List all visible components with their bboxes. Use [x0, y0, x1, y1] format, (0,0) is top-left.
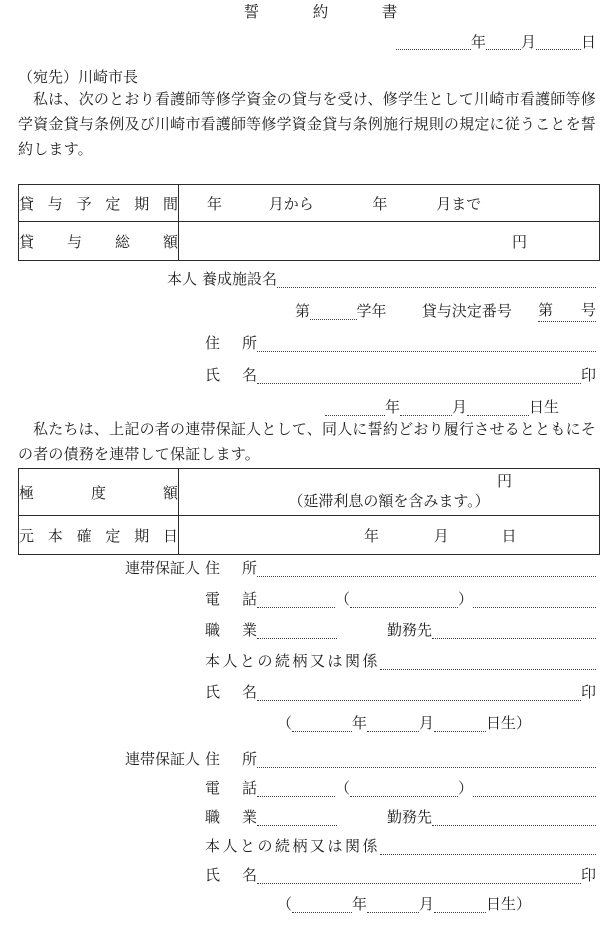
loan-table: 貸与予定期間 年 月から 年 月まで 貸与総額 円: [18, 184, 600, 261]
decision-number-blank[interactable]: 第 号: [538, 301, 596, 322]
guarantor1-name-blank[interactable]: [257, 690, 581, 701]
applicant-birth-month-label: 月: [452, 398, 467, 418]
guarantor-block-1: 連帯保証人 住 所 電 話 （ ） 職 業 勤務先 本人との続柄又は関係 氏 名…: [18, 559, 596, 734]
guarantee-table: 極度額 円 （延滞利息の額を含みます。） 元本確定期日 年 月 日: [18, 468, 600, 555]
guarantor2-phone-row: 電 話 （ ）: [205, 779, 596, 799]
birth-day-label: 日生）: [486, 895, 531, 915]
period-from-year-label: 年: [207, 193, 222, 214]
applicant-birth-year-blank[interactable]: [325, 405, 385, 416]
facility-label: 養成施設名: [202, 270, 277, 290]
date-year-label: 年: [471, 31, 486, 52]
paren-close: ）: [458, 590, 473, 610]
birth-day-label: 日生）: [486, 714, 531, 734]
guarantor1-address-blank[interactable]: [257, 566, 596, 577]
applicant-birth-day-label: 日生: [529, 398, 559, 418]
guarantor2-job-blank[interactable]: [257, 815, 337, 826]
limit-cell[interactable]: 円 （延滞利息の額を含みます。）: [179, 469, 600, 516]
guarantor2-phone-label: 電 話: [205, 779, 257, 799]
guarantor1-address-row: 連帯保証人 住 所: [125, 559, 596, 579]
guarantor2-birth-day-blank[interactable]: [434, 902, 486, 913]
grade-suffix-label: 学年: [357, 302, 387, 322]
guarantor2-phone-blank-1[interactable]: [257, 786, 335, 797]
applicant-address-label: 住 所: [205, 334, 257, 354]
guarantor1-phone-label: 電 話: [205, 590, 257, 610]
spacer: [337, 827, 387, 828]
guarantor1-birth-day-blank[interactable]: [434, 721, 486, 732]
period-to-month-label: 月まで: [436, 193, 481, 214]
applicant-birth-year-label: 年: [385, 398, 400, 418]
guarantor1-phone-row: 電 話 （ ）: [205, 590, 596, 610]
guarantor2-birth-year-blank[interactable]: [292, 902, 352, 913]
fix-month-label: 月: [434, 525, 449, 546]
paren-open: （: [335, 779, 350, 799]
guarantor2-relation-label: 本人との続柄又は関係: [205, 837, 380, 857]
guarantor-block-2: 連帯保証人 住 所 電 話 （ ） 職 業 勤務先 本人との続柄又は関係 氏 名…: [18, 750, 596, 915]
applicant-address-row: 住 所: [205, 334, 596, 354]
guarantor1-seal-label: 印: [581, 683, 596, 703]
period-to-year-label: 年: [373, 193, 388, 214]
birth-year-label: 年: [352, 714, 367, 734]
facility-blank[interactable]: [277, 277, 596, 288]
birth-paren-open: （: [277, 895, 292, 915]
guarantor1-name-row: 氏 名 印: [205, 683, 596, 703]
date-year-blank[interactable]: [396, 39, 471, 50]
limit-note: （延滞利息の額を含みます。）: [179, 492, 599, 514]
guarantor1-phone-blank-2[interactable]: [350, 597, 458, 608]
guarantor-role-label: 連帯保証人: [125, 559, 200, 579]
applicant-name-row: 氏 名 印: [205, 366, 596, 386]
guarantor-role-label: 連帯保証人: [125, 750, 200, 770]
loan-total-label: 貸与総額: [19, 222, 179, 261]
fix-date-label: 元本確定期日: [19, 516, 179, 555]
guarantor2-relation-blank[interactable]: [380, 844, 596, 855]
guarantor2-employer-blank[interactable]: [432, 815, 596, 826]
grade-prefix-label: 第: [295, 302, 310, 322]
applicant-grade-row: 第 学年 貸与決定番号 第 号: [295, 302, 596, 322]
birth-paren-open: （: [277, 714, 292, 734]
number-prefix-label: 第: [538, 301, 553, 321]
guarantor2-address-blank[interactable]: [257, 757, 596, 768]
guarantor2-name-row: 氏 名 印: [205, 866, 596, 886]
decision-number-label: 貸与決定番号: [422, 302, 512, 322]
applicant-birth-day-blank[interactable]: [467, 405, 529, 416]
pledge-paragraph: 私は、次のとおり看護師等修学資金の貸与を受け、修学生として川崎市看護師等修学資金…: [18, 88, 596, 163]
guarantor2-address-row: 連帯保証人 住 所: [125, 750, 596, 770]
guarantor1-job-row: 職 業 勤務先: [205, 621, 596, 641]
guarantor2-job-label: 職 業: [205, 808, 257, 828]
guarantor1-relation-blank[interactable]: [380, 659, 596, 670]
loan-total-cell[interactable]: 円: [179, 222, 600, 261]
spacer: [512, 321, 538, 322]
guarantor1-name-label: 氏 名: [205, 683, 257, 703]
date-line: 年 月 日: [18, 32, 596, 52]
fix-year-label: 年: [364, 525, 379, 546]
birth-year-label: 年: [352, 895, 367, 915]
guarantor2-employer-label: 勤務先: [387, 808, 432, 828]
date-day-blank[interactable]: [536, 39, 581, 50]
grade-blank[interactable]: [310, 309, 357, 320]
applicant-address-blank[interactable]: [257, 341, 596, 352]
date-month-blank[interactable]: [486, 39, 521, 50]
spacer: [387, 321, 422, 322]
guarantor2-address-label: 住 所: [205, 750, 257, 770]
fix-day-label: 日: [502, 525, 517, 546]
guarantor1-relation-label: 本人との続柄又は関係: [205, 652, 380, 672]
loan-period-label: 貸与予定期間: [19, 185, 179, 222]
date-month-label: 月: [521, 31, 536, 52]
guarantor2-name-label: 氏 名: [205, 866, 257, 886]
guarantor2-job-row: 職 業 勤務先: [205, 808, 596, 828]
spacer: [337, 640, 387, 641]
guarantor1-birth-row: （ 年 月 日生）: [277, 714, 596, 734]
date-day-label: 日: [581, 31, 596, 52]
loan-period-cell[interactable]: 年 月から 年 月まで: [179, 185, 600, 222]
guarantor1-birth-year-blank[interactable]: [292, 721, 352, 732]
fix-date-cell[interactable]: 年 月 日: [179, 516, 600, 555]
birth-month-label: 月: [419, 895, 434, 915]
guarantor1-phone-blank-3[interactable]: [473, 597, 596, 608]
guarantor1-job-label: 職 業: [205, 621, 257, 641]
guarantor2-name-blank[interactable]: [257, 873, 581, 884]
applicant-birth-row: 年 月 日生: [325, 398, 596, 418]
guarantor1-address-label: 住 所: [205, 559, 257, 579]
guarantee-paragraph: 私たちは、上記の者の連帯保証人として、同人に誓約どおり履行させるとともにその者の…: [18, 418, 596, 468]
applicant-name-blank[interactable]: [257, 373, 581, 384]
applicant-seal-label: 印: [581, 366, 596, 386]
guarantor1-birth-month-blank[interactable]: [367, 721, 419, 732]
pledge-document: 誓 約 書 年 月 日 （宛先）川崎市長 私は、次のとおり看護師等修学資金の貸与…: [0, 0, 614, 915]
guarantor1-job-blank[interactable]: [257, 628, 337, 639]
guarantor2-birth-month-blank[interactable]: [367, 902, 419, 913]
guarantor2-phone-blank-2[interactable]: [350, 786, 458, 797]
guarantor2-birth-row: （ 年 月 日生）: [277, 895, 596, 915]
applicant-birth-month-blank[interactable]: [400, 405, 452, 416]
guarantor1-employer-blank[interactable]: [432, 628, 596, 639]
applicant-role-label: 本人: [167, 270, 197, 290]
period-from-month-label: 月から: [269, 193, 314, 214]
number-suffix-label: 号: [581, 301, 596, 321]
guarantor1-employer-label: 勤務先: [387, 621, 432, 641]
loan-total-unit-label: 円: [512, 231, 527, 252]
guarantor2-phone-blank-3[interactable]: [473, 786, 596, 797]
guarantor2-seal-label: 印: [581, 866, 596, 886]
spacer: [553, 320, 581, 321]
guarantor2-relation-row: 本人との続柄又は関係: [205, 837, 596, 857]
birth-month-label: 月: [419, 714, 434, 734]
paren-close: ）: [458, 779, 473, 799]
limit-label: 極度額: [19, 469, 179, 516]
addressee: （宛先）川崎市長: [18, 68, 596, 88]
guarantor1-relation-row: 本人との続柄又は関係: [205, 652, 596, 672]
guarantor1-phone-blank-1[interactable]: [257, 597, 335, 608]
document-title: 誓 約 書: [18, 2, 596, 24]
applicant-facility-row: 本人 養成施設名: [167, 270, 596, 290]
paren-open: （: [335, 590, 350, 610]
limit-unit-label: 円: [179, 470, 599, 492]
applicant-name-label: 氏 名: [205, 366, 257, 386]
